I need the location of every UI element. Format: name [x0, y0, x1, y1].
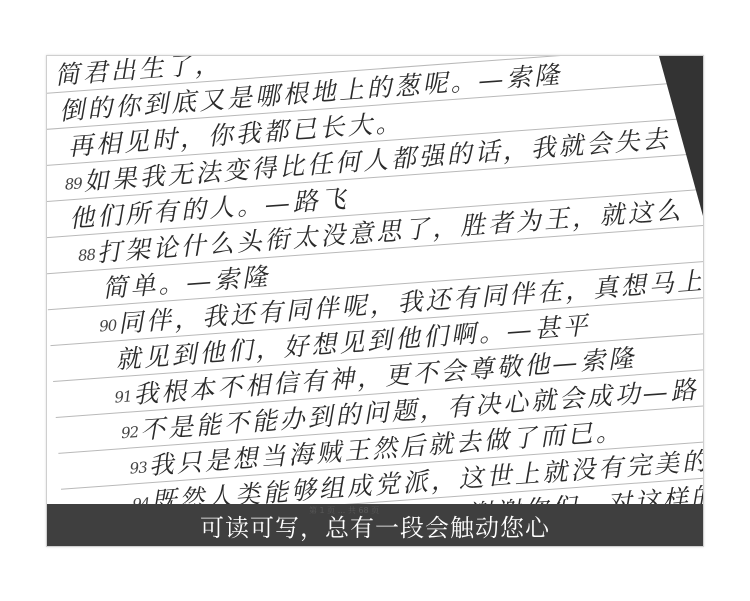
- line-number: [57, 104, 58, 122]
- line-number: 89: [64, 174, 82, 193]
- line-number: [65, 139, 66, 157]
- line-number: [100, 281, 101, 299]
- line-number: 90: [99, 316, 117, 335]
- page-footer-ghost: 第 1 页 ... 共 68 页: [309, 505, 379, 516]
- line-number: [67, 212, 68, 230]
- line-number: 88: [77, 246, 95, 265]
- line-number: [113, 353, 114, 371]
- line-number: 92: [120, 423, 138, 442]
- line-number: 93: [129, 458, 147, 477]
- handwriting-page: 简君出生了， 倒的你到底又是哪根地上的葱呢。—索隆 再相见时，你我都已长大。 8…: [46, 55, 704, 547]
- line-number: 91: [114, 387, 132, 406]
- line-number: [52, 68, 53, 86]
- caption-bar: 第 1 页 ... 共 68 页 可读可写，总有一段会触动您心: [47, 504, 703, 546]
- canvas: 简君出生了， 倒的你到底又是哪根地上的葱呢。—索隆 再相见时，你我都已长大。 8…: [0, 0, 750, 601]
- product-image-frame: 简君出生了， 倒的你到底又是哪根地上的葱呢。—索隆 再相见时，你我都已长大。 8…: [46, 55, 704, 547]
